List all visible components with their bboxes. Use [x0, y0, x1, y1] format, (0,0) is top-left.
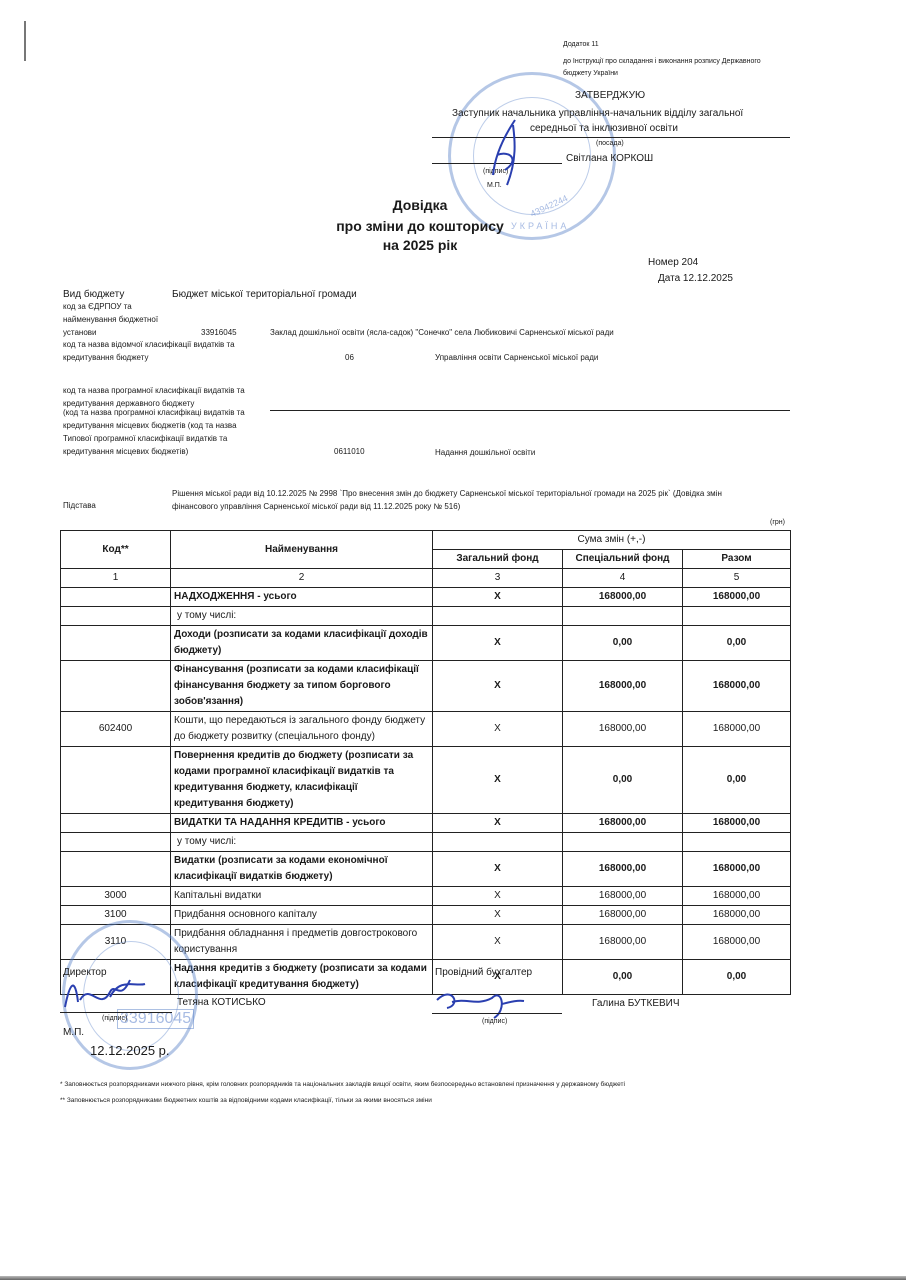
state-prog-label-1: код та назва програмної класифікації вид…	[63, 386, 245, 395]
dept-name: Управління освіти Сарненської міської ра…	[435, 353, 598, 362]
column-numbers-row: 12345	[61, 569, 791, 588]
accountant-signature-icon	[432, 980, 532, 1020]
edrpou-label-3: установи	[63, 328, 97, 337]
row-special-fund: 0,00	[563, 960, 683, 995]
table-row: 3000Капітальні видаткиX168000,00168000,0…	[61, 887, 791, 906]
row-total: 0,00	[683, 747, 791, 814]
table-row: Видатки (розписати за кодами економічної…	[61, 852, 791, 887]
row-general-fund: X	[433, 626, 563, 661]
sign-date: 12.12.2025 р.	[90, 1043, 170, 1058]
row-code	[61, 661, 171, 712]
local-prog-label-3: Типової програмної класифікації видатків…	[63, 434, 227, 443]
row-name: Фінансування (розписати за кодами класиф…	[171, 661, 433, 712]
row-code	[61, 747, 171, 814]
approver-name: Світлана КОРКОШ	[566, 153, 653, 164]
row-name: Повернення кредитів до бюджету (розписат…	[171, 747, 433, 814]
budget-type-label: Вид бюджету	[63, 289, 124, 300]
row-code	[61, 607, 171, 626]
accountant-signature-line	[432, 1013, 562, 1014]
header-sum-group: Сума змін (+,-)	[433, 531, 791, 550]
row-total: 168000,00	[683, 906, 791, 925]
scan-edge-mark	[24, 21, 26, 61]
row-name: Доходи (розписати за кодами класифікації…	[171, 626, 433, 661]
row-total: 168000,00	[683, 887, 791, 906]
header-name: Найменування	[171, 531, 433, 569]
director-seal-caption: М.П.	[63, 1027, 84, 1038]
row-special-fund: 168000,00	[563, 852, 683, 887]
scan-bottom-edge	[0, 1276, 906, 1280]
row-code: 602400	[61, 712, 171, 747]
row-name: Капітальні видатки	[171, 887, 433, 906]
row-special-fund: 168000,00	[563, 887, 683, 906]
row-total: 168000,00	[683, 925, 791, 960]
document-subtitle: про зміни до кошторису	[300, 218, 540, 234]
edrpou-label-1: код за ЄДРПОУ та	[63, 302, 132, 311]
dept-code: 06	[345, 353, 354, 362]
row-total	[683, 833, 791, 852]
basis-line1: Рішення міської ради від 10.12.2025 № 29…	[172, 489, 722, 498]
local-prog-label-1: (код та назва програмноі класифікаці вид…	[63, 408, 245, 417]
row-general-fund: X	[433, 661, 563, 712]
row-special-fund: 168000,00	[563, 712, 683, 747]
row-code	[61, 588, 171, 607]
row-general-fund: X	[433, 588, 563, 607]
footnote-1: * Заповнюється розпорядниками нижчого рі…	[60, 1081, 625, 1088]
column-number: 4	[563, 569, 683, 588]
document-title: Довідка	[300, 197, 540, 213]
row-special-fund	[563, 607, 683, 626]
header-total: Разом	[683, 550, 791, 569]
accountant-label: Провідний бухгалтер	[435, 967, 532, 978]
institution-name: Заклад дошкільної освіти (ясла-садок) "С…	[270, 328, 614, 337]
director-name: Тетяна КОТИСЬКО	[177, 997, 266, 1008]
row-name: Придбання обладнання і предметів довгост…	[171, 925, 433, 960]
row-code	[61, 814, 171, 833]
row-name: у тому числі:	[171, 833, 433, 852]
document-year: на 2025 рік	[300, 237, 540, 253]
basis-line2: фінансового управління Сарненської міськ…	[172, 502, 460, 511]
budget-type-value: Бюджет міської територіальної громади	[172, 289, 357, 300]
row-special-fund: 168000,00	[563, 906, 683, 925]
row-code	[61, 852, 171, 887]
row-special-fund: 0,00	[563, 626, 683, 661]
local-prog-label-2: кредитування місцевих бюджетів (код та н…	[63, 421, 237, 430]
row-general-fund: X	[433, 852, 563, 887]
row-general-fund: X	[433, 887, 563, 906]
footnote-2: ** Заповнюється розпорядниками бюджетних…	[60, 1097, 432, 1104]
edrpou-label-2: найменування бюджетної	[63, 315, 158, 324]
local-prog-label-4: кредитування місцевих бюджетів)	[63, 447, 188, 456]
row-special-fund: 168000,00	[563, 925, 683, 960]
row-name: Кошти, що передаються із загального фонд…	[171, 712, 433, 747]
director-signature-icon	[60, 972, 150, 1017]
row-total: 0,00	[683, 960, 791, 995]
row-general-fund: X	[433, 906, 563, 925]
row-general-fund: X	[433, 712, 563, 747]
row-name: у тому числі:	[171, 607, 433, 626]
column-number: 2	[171, 569, 433, 588]
column-number: 3	[433, 569, 563, 588]
header-general-fund: Загальний фонд	[433, 550, 563, 569]
director-signature-line	[60, 1012, 172, 1013]
header-code: Код**	[61, 531, 171, 569]
row-code	[61, 626, 171, 661]
table-row: НАДХОДЖЕННЯ - усьогоX168000,00168000,00	[61, 588, 791, 607]
row-special-fund: 168000,00	[563, 814, 683, 833]
row-name: Надання кредитів з бюджету (розписати за…	[171, 960, 433, 995]
table-row: 3100Придбання основного капіталуX168000,…	[61, 906, 791, 925]
row-general-fund: X	[433, 925, 563, 960]
annex-label: Додаток 11	[563, 41, 599, 48]
table-row: ВИДАТКИ ТА НАДАННЯ КРЕДИТІВ - усьогоX168…	[61, 814, 791, 833]
row-total: 168000,00	[683, 852, 791, 887]
basis-label: Підстава	[63, 501, 96, 510]
changes-table: Код** Найменування Сума змін (+,-) Загал…	[60, 530, 791, 995]
edrpou-code: 33916045	[201, 328, 237, 337]
dept-label-1: код та назва відомчої класифікації видат…	[63, 340, 235, 349]
document-number: Номер 204	[648, 257, 698, 268]
table-row: Фінансування (розписати за кодами класиф…	[61, 661, 791, 712]
local-prog-name: Надання дошкільної освіти	[435, 448, 535, 457]
row-special-fund: 168000,00	[563, 661, 683, 712]
row-general-fund	[433, 607, 563, 626]
table-row: у тому числі:	[61, 607, 791, 626]
approver-position-line2: середньої та інклюзивної освіти	[530, 123, 678, 134]
column-number: 1	[61, 569, 171, 588]
row-code: 3000	[61, 887, 171, 906]
row-total: 168000,00	[683, 814, 791, 833]
accountant-signature-caption: (підпис)	[482, 1018, 507, 1025]
state-prog-underline	[270, 410, 790, 411]
row-total: 168000,00	[683, 661, 791, 712]
accountant-name: Галина БУТКЕВИЧ	[592, 998, 680, 1009]
director-signature-caption: (підпис)	[102, 1015, 127, 1022]
document-date: Дата 12.12.2025	[658, 273, 733, 284]
row-name: ВИДАТКИ ТА НАДАННЯ КРЕДИТІВ - усього	[171, 814, 433, 833]
currency-note: (грн)	[770, 519, 785, 526]
row-general-fund	[433, 833, 563, 852]
row-special-fund: 168000,00	[563, 588, 683, 607]
table-row: 602400Кошти, що передаються із загальног…	[61, 712, 791, 747]
row-general-fund: X	[433, 747, 563, 814]
approve-label: ЗАТВЕРДЖУЮ	[575, 90, 645, 101]
row-name: Придбання основного капіталу	[171, 906, 433, 925]
local-prog-code: 0611010	[334, 447, 365, 456]
dept-label-2: кредитування бюджету	[63, 353, 148, 362]
approver-signature-icon	[485, 115, 535, 190]
position-caption: (посада)	[596, 140, 624, 147]
row-name: Видатки (розписати за кодами економічної…	[171, 852, 433, 887]
row-special-fund: 0,00	[563, 747, 683, 814]
table-row: Повернення кредитів до бюджету (розписат…	[61, 747, 791, 814]
row-general-fund: X	[433, 814, 563, 833]
row-total: 0,00	[683, 626, 791, 661]
annex-reference: до Інструкції про складання і виконання …	[563, 56, 783, 80]
state-prog-label-2: кредитування державного бюджету	[63, 399, 194, 408]
table-row: у тому числі:	[61, 833, 791, 852]
row-total	[683, 607, 791, 626]
table-row: Доходи (розписати за кодами класифікації…	[61, 626, 791, 661]
row-special-fund	[563, 833, 683, 852]
column-number: 5	[683, 569, 791, 588]
row-code	[61, 833, 171, 852]
header-special-fund: Спеціальний фонд	[563, 550, 683, 569]
row-name: НАДХОДЖЕННЯ - усього	[171, 588, 433, 607]
row-total: 168000,00	[683, 712, 791, 747]
row-total: 168000,00	[683, 588, 791, 607]
